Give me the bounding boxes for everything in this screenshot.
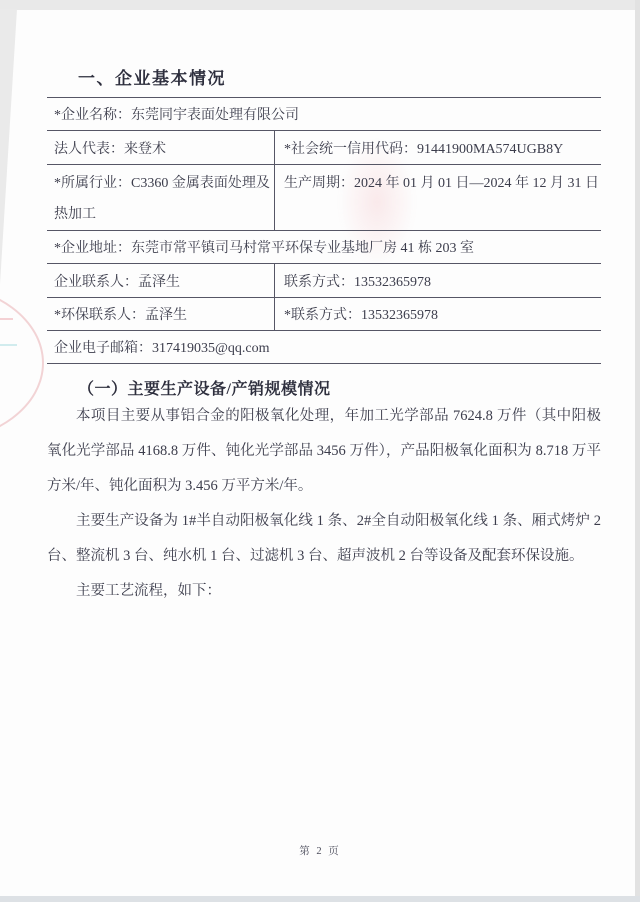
paragraph-main-equipment: 主要生产设备为 1#半自动阳极氧化线 1 条、2#全自动阳极氧化线 1 条、厢式… — [47, 504, 601, 574]
table-row-contact: 企业联系人：孟泽生 联系方式：13532365978 — [47, 263, 601, 297]
table-row-company-name: *企业名称：东莞同宇表面处理有限公司 — [47, 97, 601, 130]
production-period-cell: 生产周期：2024 年 01 月 01 日—2024 年 12 月 31 日 — [275, 165, 601, 230]
section-title: 一、企业基本情况 — [78, 64, 226, 89]
scanned-document-page: 一、企业基本情况 *企业名称：东莞同宇表面处理有限公司 法人代表：来登术 *社会… — [0, 0, 640, 902]
page-number-footer: 第 2 页 — [0, 843, 640, 858]
scan-edge-right — [635, 0, 640, 902]
address-cell: *企业地址：东莞市常平镇司马村常平环保专业基地厂房 41 栋 203 室 — [47, 231, 601, 263]
company-info-table: *企业名称：东莞同宇表面处理有限公司 法人代表：来登术 *社会统一信用代码：91… — [47, 97, 601, 364]
credit-code-cell: *社会统一信用代码：91441900MA574UGB8Y — [275, 131, 601, 164]
red-stamp-arc-fragment — [0, 284, 44, 442]
email-cell: 企业电子邮箱：317419035@qq.com — [47, 331, 601, 363]
red-stamp-mark — [0, 318, 13, 320]
env-contact-person-cell: *环保联系人：孟泽生 — [47, 298, 275, 330]
company-name-cell: *企业名称：东莞同宇表面处理有限公司 — [47, 98, 601, 130]
paragraph-process-flow-intro: 主要工艺流程，如下： — [47, 574, 601, 609]
table-row-env-contact: *环保联系人：孟泽生 *联系方式：13532365978 — [47, 297, 601, 330]
contact-phone-cell: 联系方式：13532365978 — [275, 264, 601, 297]
body-text: 本项目主要从事铝合金的阳极氧化处理，年加工光学部品 7624.8 万件（其中阳极… — [47, 399, 601, 609]
legal-rep-cell: 法人代表：来登术 — [47, 131, 275, 164]
paragraph-project-overview: 本项目主要从事铝合金的阳极氧化处理，年加工光学部品 7624.8 万件（其中阳极… — [47, 399, 601, 504]
scan-edge-top — [0, 0, 640, 10]
table-row-email: 企业电子邮箱：317419035@qq.com — [47, 330, 601, 363]
table-row-address: *企业地址：东莞市常平镇司马村常平环保专业基地厂房 41 栋 203 室 — [47, 230, 601, 263]
table-row-industry: *所属行业：C3360 金属表面处理及热加工 生产周期：2024 年 01 月 … — [47, 164, 601, 230]
contact-person-cell: 企业联系人：孟泽生 — [47, 264, 275, 297]
industry-cell: *所属行业：C3360 金属表面处理及热加工 — [47, 165, 275, 230]
env-contact-phone-cell: *联系方式：13532365978 — [275, 298, 601, 330]
scan-edge-left-wedge — [0, 9, 17, 284]
subsection-title: （一）主要生产设备/产销规模情况 — [78, 376, 330, 399]
cyan-scan-mark — [0, 344, 17, 346]
scan-edge-bottom — [0, 896, 640, 902]
table-row-legal-rep: 法人代表：来登术 *社会统一信用代码：91441900MA574UGB8Y — [47, 130, 601, 164]
